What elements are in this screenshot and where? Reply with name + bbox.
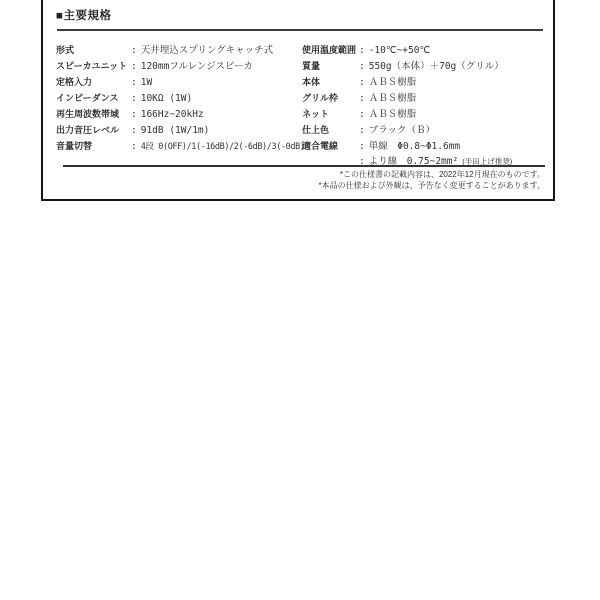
spec-label: 質量 [302,58,359,74]
spec-colon: : [359,139,365,155]
spec-value: 単線 Φ0.8~Φ1.6mm [369,139,460,155]
spec-row: グリル枠 : ＡＢＳ樹脂 [302,90,512,106]
main-spec-box: ■主要規格 形式 : 天井埋込スプリングキャッチ式 スピーカユニット : 120… [41,0,555,201]
spec-label: インピーダンス [56,90,131,106]
spec-value: 10KΩ (1W) [141,91,192,107]
spec-row: 再生周波数帯域 : 166Hz~20kHz [56,106,305,122]
spec-row: 定格入力 : 1W [56,74,305,90]
spec-value: ＡＢＳ樹脂 [369,91,417,107]
spec-colon: : [131,59,137,75]
spec-row: 仕上色 : ブラック（Ｂ） [302,122,512,138]
spec-colon: : [131,107,137,123]
spec-label: ネット [302,106,359,122]
spec-row: スピーカユニット : 120mmフルレンジスピーカ [56,58,305,74]
spec-value: 天井埋込スプリングキャッチ式 [141,43,273,59]
footer-divider [63,165,545,167]
spec-label: 本体 [302,74,359,90]
spec-row: 質量 : 550g（本体）＋70g（グリル） [302,58,512,74]
spec-colon: : [131,75,137,91]
spec-value: 4段 0(OFF)/1(-16dB)/2(-6dB)/3(-0dB) [141,139,305,155]
spec-label: 使用温度範囲 [302,42,359,58]
spec-label: 仕上色 [302,122,359,138]
spec-value: 550g（本体）＋70g（グリル） [369,59,504,75]
spec-colon: : [359,59,365,75]
spec-colon: : [359,75,365,91]
spec-column-left: 形式 : 天井埋込スプリングキャッチ式 スピーカユニット : 120mmフルレン… [56,42,305,154]
spec-label: 再生周波数帯域 [56,106,131,122]
spec-sheet-page: ■主要規格 形式 : 天井埋込スプリングキャッチ式 スピーカユニット : 120… [0,0,600,600]
spec-value: ブラック（Ｂ） [369,123,435,139]
spec-colon: : [359,123,365,139]
footnotes: *この仕様書の記載内容は、2022年12月現在のものです。 *本品の仕様および外… [319,170,545,191]
spec-column-right: 使用温度範囲 : -10℃~+50℃ 質量 : 550g（本体）＋70g（グリル… [302,42,512,170]
spec-label: 適合電線 [302,138,359,154]
spec-colon: : [131,43,137,59]
spec-colon: : [359,107,365,123]
footnote-line: *この仕様書の記載内容は、2022年12月現在のものです。 [319,170,545,181]
spec-row: 適合電線 : 単線 Φ0.8~Φ1.6mm [302,138,512,154]
spec-value: -10℃~+50℃ [369,43,430,59]
spec-label: 定格入力 [56,74,131,90]
spec-label: 形式 [56,42,131,58]
spec-colon: : [131,123,137,139]
spec-colon: : [131,91,137,107]
spec-label: グリル枠 [302,90,359,106]
section-title: ■主要規格 [56,10,111,22]
spec-value-note: (半田上げ推奨) [462,154,512,170]
spec-row: ネット : ＡＢＳ樹脂 [302,106,512,122]
spec-value: 1W [141,75,152,91]
spec-colon: : [359,154,365,170]
spec-row: 形式 : 天井埋込スプリングキャッチ式 [56,42,305,58]
spec-value: 166Hz~20kHz [141,107,204,123]
spec-value: より線 0.75~2mm² [369,154,458,170]
spec-value: 91dB (1W/1m) [141,123,210,139]
footnote-line: *本品の仕様および外観は、予告なく変更することがあります。 [319,181,545,192]
spec-label: 出力音圧レベル [56,122,131,138]
title-underline [57,29,543,31]
spec-colon: : [359,43,365,59]
spec-value: ＡＢＳ樹脂 [369,107,417,123]
spec-row: : より線 0.75~2mm² (半田上げ推奨) [302,154,512,170]
spec-colon: : [131,139,137,155]
spec-row: 使用温度範囲 : -10℃~+50℃ [302,42,512,58]
spec-value: ＡＢＳ樹脂 [369,75,417,91]
spec-colon: : [359,91,365,107]
spec-row: インピーダンス : 10KΩ (1W) [56,90,305,106]
spec-value: 120mmフルレンジスピーカ [141,59,253,75]
spec-row: 出力音圧レベル : 91dB (1W/1m) [56,122,305,138]
spec-label: スピーカユニット [56,58,131,74]
spec-label: 音量切替 [56,138,131,154]
spec-row: 本体 : ＡＢＳ樹脂 [302,74,512,90]
spec-row: 音量切替 : 4段 0(OFF)/1(-16dB)/2(-6dB)/3(-0dB… [56,138,305,154]
